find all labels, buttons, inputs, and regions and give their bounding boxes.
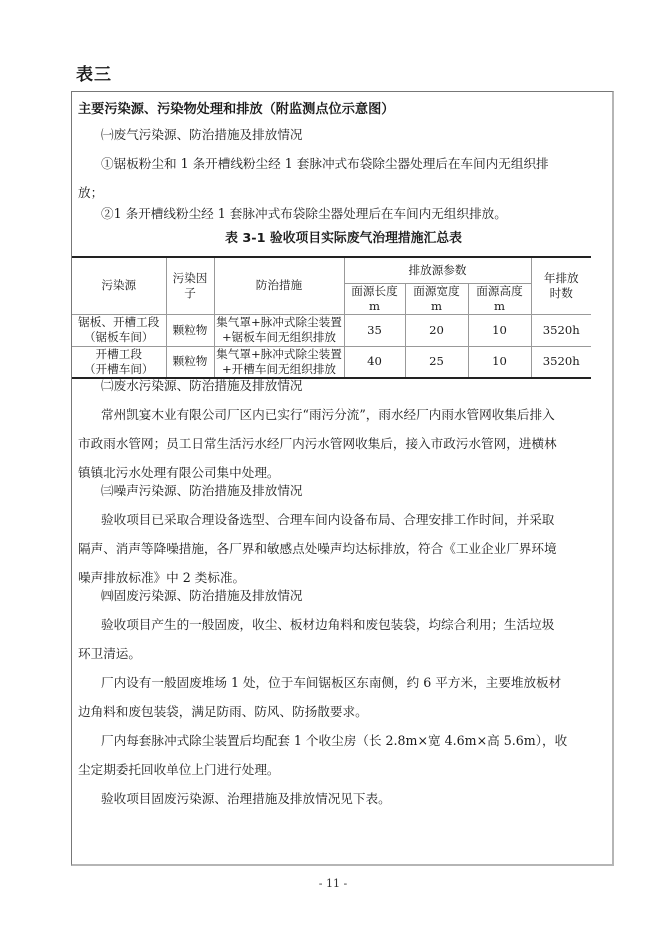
header-hours-line1: 年排放	[533, 271, 591, 286]
header-measures: 防治措施	[214, 257, 344, 314]
solid-waste-title: ㈣固废污染源、防治措施及排放情况	[101, 581, 303, 610]
cell-length: 35	[344, 314, 405, 346]
solid-waste-p3-line1: 厂内每套脉冲式除尘装置后均配套 1 个收尘房（长 2.8m×宽 4.6m×高 5…	[101, 726, 567, 755]
header-hours-line2: 时数	[533, 286, 591, 301]
header-factor-line1: 污染因	[168, 271, 213, 286]
waste-gas-item1-line1: ①锯板粉尘和 1 条开槽线粉尘经 1 套脉冲式布袋除尘器处理后在车间内无组织排	[101, 149, 549, 178]
solid-waste-p4: 验收项目固废污染源、治理措施及排放情况见下表。	[101, 784, 391, 813]
cell-measures-line1: 集气罩+脉冲式除尘装置	[216, 347, 343, 362]
header-width: 面源宽度 m	[405, 283, 468, 314]
cell-measures-line2: +锯板车间无组织排放	[216, 330, 343, 345]
cell-measures: 集气罩+脉冲式除尘装置 +锯板车间无组织排放	[214, 314, 344, 346]
waste-gas-table: 污染源 污染因 子 防治措施 排放源参数 年排放 时数 面源长度 m 面源宽度 …	[72, 256, 591, 379]
waste-gas-item2: ②1 条开槽线粉尘经 1 套脉冲式布袋除尘器处理后在车间内无组织排放。	[101, 199, 507, 228]
waste-gas-item1-line2: 放；	[78, 178, 103, 207]
header-source: 污染源	[72, 257, 166, 314]
waste-gas-title: ㈠废气污染源、防治措施及排放情况	[101, 120, 303, 149]
solid-waste-p3-line2: 尘定期委托回收单位上门进行处理。	[78, 755, 280, 784]
cell-width: 25	[405, 346, 468, 378]
solid-waste-p1-line1: 验收项目产生的一般固废，收尘、板材边角料和废包装袋，均综合利用；生活垃圾	[101, 610, 554, 639]
header-height: 面源高度 m	[468, 283, 531, 314]
cell-source-line2: （锯板车间）	[73, 330, 165, 345]
cell-source-line1: 锯板、开槽工段	[73, 315, 165, 330]
waste-water-line1: 常州凯宴木业有限公司厂区内已实行“雨污分流”，雨水经厂内雨水管网收集后排入	[101, 400, 555, 429]
cell-factor: 颗粒物	[166, 314, 214, 346]
noise-line2: 隔声、消声等降噪措施，各厂界和敏感点处噪声均达标排放，符合《工业企业厂界环境	[78, 534, 557, 563]
cell-source: 锯板、开槽工段 （锯板车间）	[72, 314, 166, 346]
header-length: 面源长度 m	[344, 283, 405, 314]
cell-hours: 3520h	[531, 346, 591, 378]
section-title: 表三	[76, 60, 112, 85]
header-hours: 年排放 时数	[531, 257, 591, 314]
header-params: 排放源参数	[344, 257, 531, 283]
box-heading: 主要污染源、污染物处理和排放（附监测点位示意图）	[78, 98, 395, 117]
header-factor: 污染因 子	[166, 257, 214, 314]
content-box: 主要污染源、污染物处理和排放（附监测点位示意图） ㈠废气污染源、防治措施及排放情…	[71, 91, 614, 866]
cell-source-line1: 开槽工段	[73, 347, 165, 362]
solid-waste-p2-line2: 边角料和废包装袋，满足防雨、防风、防扬散要求。	[78, 697, 368, 726]
noise-title: ㈢噪声污染源、防治措施及排放情况	[101, 476, 303, 505]
table-row: 锯板、开槽工段 （锯板车间） 颗粒物 集气罩+脉冲式除尘装置 +锯板车间无组织排…	[72, 314, 591, 346]
cell-width: 20	[405, 314, 468, 346]
cell-measures-line1: 集气罩+脉冲式除尘装置	[216, 315, 343, 330]
cell-height: 10	[468, 314, 531, 346]
table-caption: 表 3-1 验收项目实际废气治理措施汇总表	[72, 227, 615, 246]
header-factor-line2: 子	[168, 286, 213, 301]
cell-length: 40	[344, 346, 405, 378]
waste-water-line2: 市政雨水管网；员工日常生活污水经厂内污水管网收集后，接入市政污水管网，进横林	[78, 429, 557, 458]
solid-waste-p2-line1: 厂内设有一般固废堆场 1 处，位于车间锯板区东南侧，约 6 平方米，主要堆放板材	[101, 668, 561, 697]
cell-hours: 3520h	[531, 314, 591, 346]
solid-waste-p1-line2: 环卫清运。	[78, 639, 141, 668]
page-number: - 11 -	[0, 877, 666, 890]
cell-height: 10	[468, 346, 531, 378]
noise-line1: 验收项目已采取合理设备选型、合理车间内设备布局、合理安排工作时间，并采取	[101, 505, 554, 534]
waste-water-title: ㈡废水污染源、防治措施及排放情况	[101, 371, 303, 400]
